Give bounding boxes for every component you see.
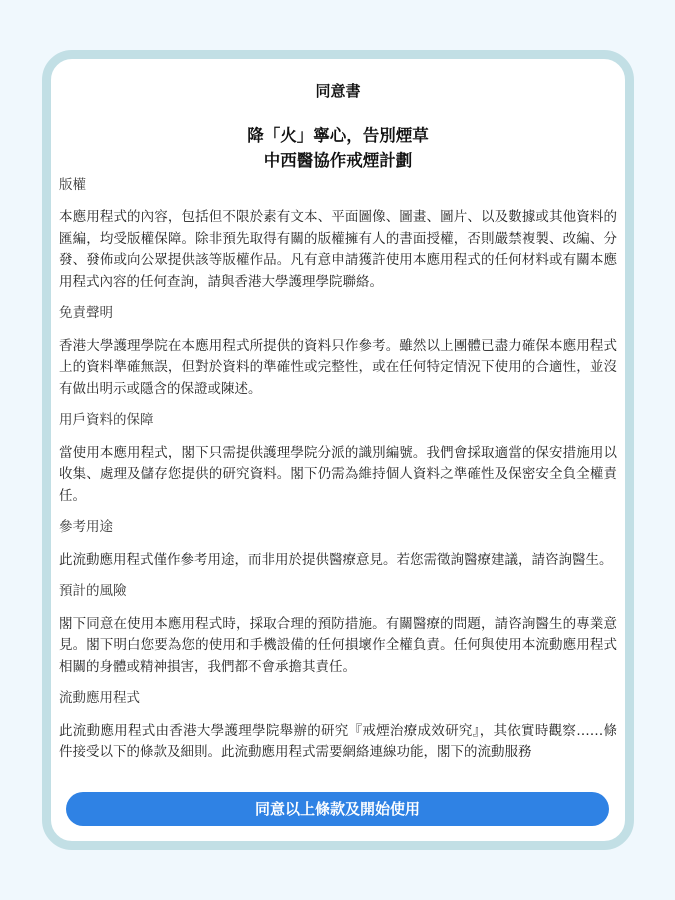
program-title-line1: 降「火」寧心，告別煙草 — [59, 123, 617, 148]
section-title-risks: 預計的風險 — [59, 581, 617, 603]
agree-and-start-button[interactable]: 同意以上條款及開始使用 — [66, 792, 609, 826]
section-title-reference-use: 參考用途 — [59, 517, 617, 539]
section-title-copyright: 版權 — [59, 175, 617, 197]
consent-card: 同意書 降「火」寧心，告別煙草 中西醫協作戒煙計劃 版權 本應用程式的內容，包括… — [42, 50, 634, 850]
section-body-disclaimer: 香港大學護理學院在本應用程式所提供的資料只作參考。雖然以上團體已盡力確保本應用程… — [59, 336, 617, 401]
section-body-reference-use: 此流動應用程式僅作參考用途，而非用於提供醫療意見。若您需徵詢醫療建議，請咨詢醫生… — [59, 550, 617, 572]
section-title-mobile-app: 流動應用程式 — [59, 688, 617, 710]
section-body-copyright: 本應用程式的內容，包括但不限於素有文本、平面圖像、圖畫、圖片、以及數據或其他資料… — [59, 207, 617, 293]
consent-scroll-area[interactable]: 同意書 降「火」寧心，告別煙草 中西醫協作戒煙計劃 版權 本應用程式的內容，包括… — [59, 59, 617, 841]
section-body-risks: 閣下同意在使用本應用程式時，採取合理的預防措施。有關醫療的問題，請咨詢醫生的專業… — [59, 614, 617, 679]
program-title: 降「火」寧心，告別煙草 中西醫協作戒煙計劃 — [59, 123, 617, 173]
section-body-privacy: 當使用本應用程式，閣下只需提供護理學院分派的識別編號。我們會採取適當的保安措施用… — [59, 443, 617, 508]
document-heading: 同意書 — [59, 81, 617, 103]
section-body-mobile-app: 此流動應用程式由香港大學護理學院舉辦的研究『戒煙治療成效研究』，其依實時觀察……… — [59, 721, 617, 764]
section-title-privacy: 用戶資料的保障 — [59, 410, 617, 432]
section-title-disclaimer: 免責聲明 — [59, 303, 617, 325]
program-title-line2: 中西醫協作戒煙計劃 — [59, 148, 617, 173]
